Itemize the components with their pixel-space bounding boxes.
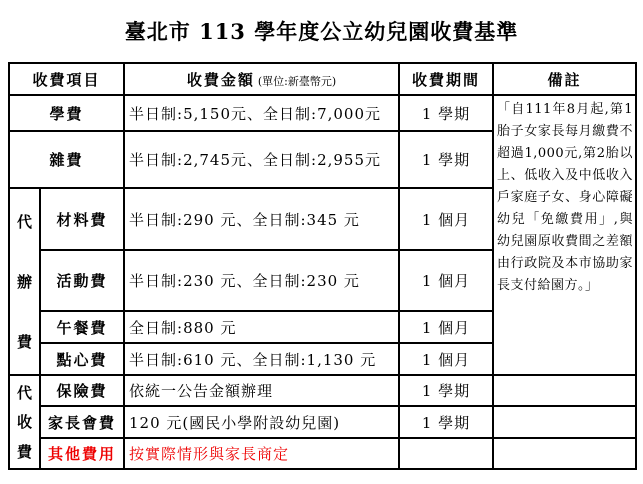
fee-amount: 按實際情形與家長商定 xyxy=(124,438,399,469)
fee-period: 1 學期 xyxy=(399,95,493,131)
fee-period: 1 個月 xyxy=(399,343,493,375)
group-cell-daiban: 代辦費 xyxy=(9,188,40,375)
header-amount: 收費金額(單位:新臺幣元) xyxy=(124,63,399,95)
fee-amount: 全日制:880 元 xyxy=(124,311,399,343)
fee-period: 1 個月 xyxy=(399,188,493,250)
fee-amount: 半日制:2,745元、全日制:2,955元 xyxy=(124,131,399,188)
fee-item-label: 其他費用 xyxy=(40,438,124,469)
header-period: 收費期間 xyxy=(399,63,493,95)
fee-amount: 120 元(國民小學附設幼兒園) xyxy=(124,406,399,438)
fee-amount: 半日制:610 元、全日制:1,130 元 xyxy=(124,343,399,375)
header-note: 備註 xyxy=(493,63,636,95)
note-cell-empty xyxy=(493,375,636,406)
header-amount-unit: (單位:新臺幣元) xyxy=(258,75,336,88)
note-cell: 「自111年8月起,第1胎子女家長每月繳費不超過1,000元,第2胎以上、低收入… xyxy=(493,95,636,375)
fee-item-label: 保險費 xyxy=(40,375,124,406)
note-cell-empty xyxy=(493,406,636,438)
fee-period xyxy=(399,438,493,469)
table-row: 其他費用 按實際情形與家長商定 xyxy=(9,438,636,469)
note-cell-empty xyxy=(493,438,636,469)
fee-item-label: 學費 xyxy=(9,95,124,131)
fee-item-label: 午餐費 xyxy=(40,311,124,343)
group-label-daishou: 代收費 xyxy=(10,378,39,466)
group-cell-daishou: 代收費 xyxy=(9,375,40,469)
table-header-row: 收費項目 收費金額(單位:新臺幣元) 收費期間 備註 xyxy=(9,63,636,95)
fee-period: 1 學期 xyxy=(399,375,493,406)
group-label-daiban: 代辦費 xyxy=(10,192,39,372)
fee-period: 1 個月 xyxy=(399,311,493,343)
fee-period: 1 學期 xyxy=(399,131,493,188)
fee-table: 收費項目 收費金額(單位:新臺幣元) 收費期間 備註 學費 半日制:5,150元… xyxy=(8,62,637,470)
note-text: 「自111年8月起,第1胎子女家長每月繳費不超過1,000元,第2胎以上、低收入… xyxy=(497,99,633,297)
fee-item-label: 點心費 xyxy=(40,343,124,375)
fee-item-label: 家長會費 xyxy=(40,406,124,438)
header-amount-label: 收費金額 xyxy=(187,71,255,89)
page-title: 臺北市 113 學年度公立幼兒園收費基準 xyxy=(0,18,643,46)
fee-item-label: 活動費 xyxy=(40,250,124,311)
fee-amount: 半日制:5,150元、全日制:7,000元 xyxy=(124,95,399,131)
table-row: 代收費 保險費 依統一公告金額辦理 1 學期 xyxy=(9,375,636,406)
header-item: 收費項目 xyxy=(9,63,124,95)
fee-amount: 半日制:290 元、全日制:345 元 xyxy=(124,188,399,250)
table-row: 家長會費 120 元(國民小學附設幼兒園) 1 學期 xyxy=(9,406,636,438)
fee-period: 1 個月 xyxy=(399,250,493,311)
table-row: 學費 半日制:5,150元、全日制:7,000元 1 學期 「自111年8月起,… xyxy=(9,95,636,131)
fee-item-label: 材料費 xyxy=(40,188,124,250)
fee-amount: 半日制:230 元、全日制:230 元 xyxy=(124,250,399,311)
fee-amount: 依統一公告金額辦理 xyxy=(124,375,399,406)
fee-period: 1 學期 xyxy=(399,406,493,438)
fee-item-label: 雜費 xyxy=(9,131,124,188)
